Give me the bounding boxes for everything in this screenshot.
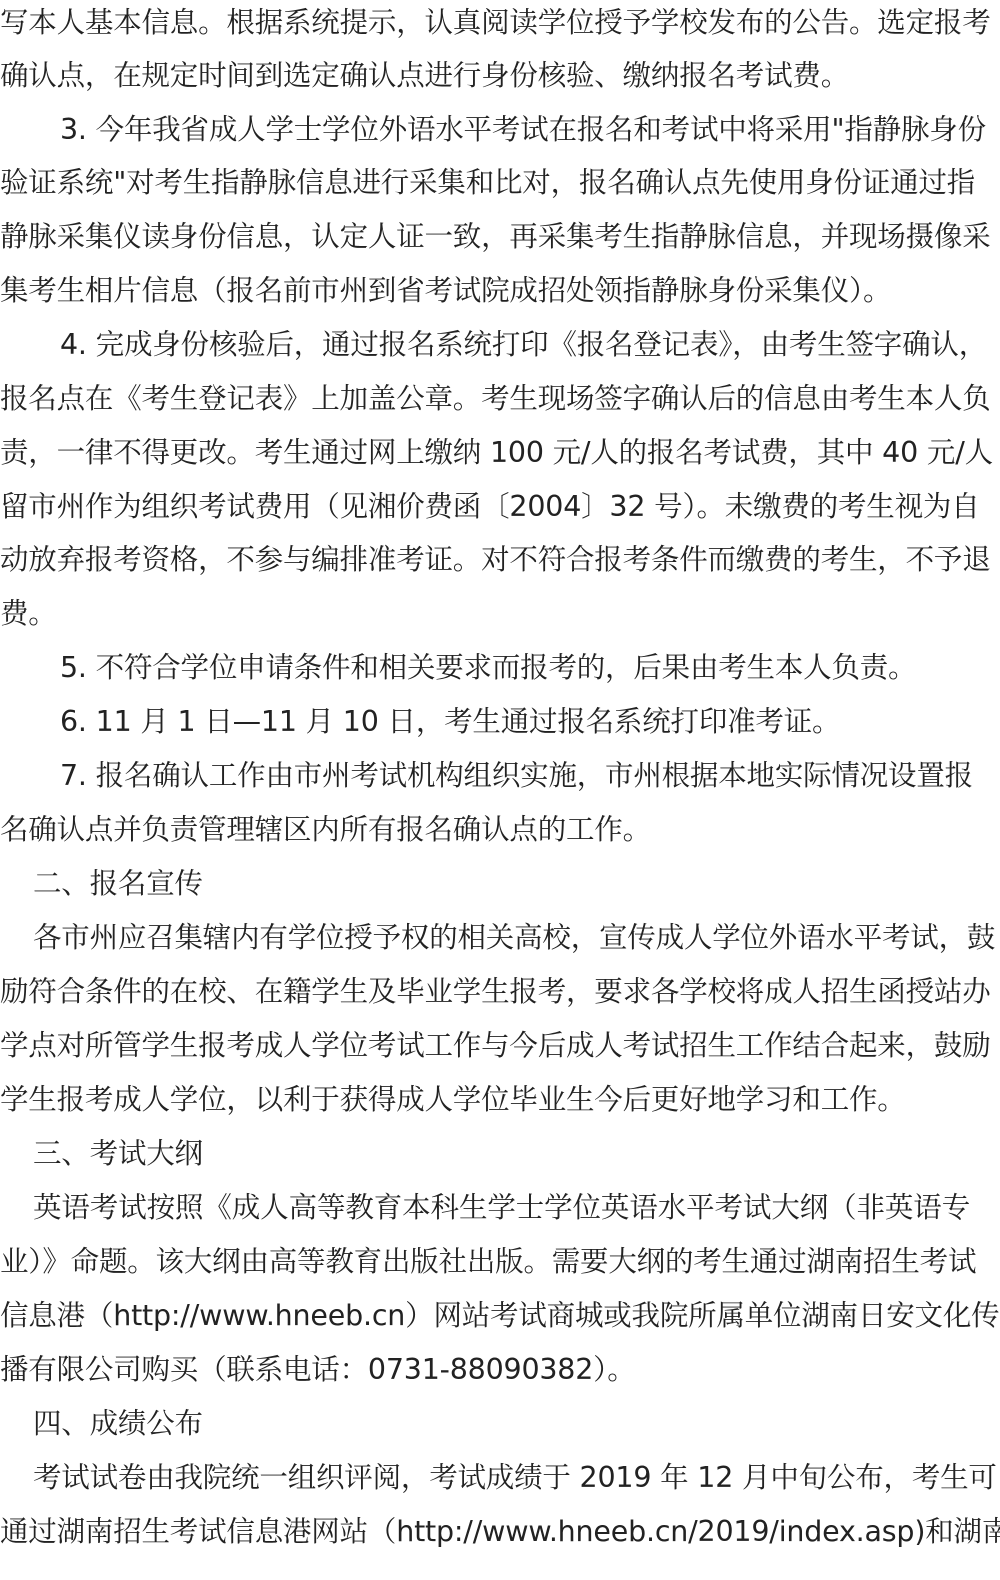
text-line: 静脉采集仪读身份信息，认定人证一致，再采集考生指静脉信息，并现场摄像采	[0, 217, 970, 257]
text-line: 学生报考成人学位，以利于获得成人学位毕业生今后更好地学习和工作。	[0, 1080, 970, 1120]
text-line: 业）》命题。该大纲由高等教育出版社出版。需要大纲的考生通过湖南招生考试	[0, 1242, 970, 1282]
section-heading-syllabus: 三、考试大纲	[33, 1134, 970, 1174]
list-item-6: 6. 11 月 1 日—11 月 10 日，考生通过报名系统打印准考证。	[60, 702, 970, 742]
section-heading-results: 四、成绩公布	[33, 1404, 970, 1444]
list-item-5: 5. 不符合学位申请条件和相关要求而报考的，后果由考生本人负责。	[60, 648, 970, 688]
text-line: 集考生相片信息（报名前市州到省考试院成招处领指静脉身份采集仪）。	[0, 271, 970, 311]
text-line: 播有限公司购买（联系电话：0731-88090382）。	[0, 1350, 970, 1390]
text-line: 考试试卷由我院统一组织评阅，考试成绩于 2019 年 12 月中旬公布，考生可	[33, 1458, 970, 1498]
text-line: 确认点，在规定时间到选定确认点进行身份核验、缴纳报名考试费。	[0, 56, 970, 96]
text-line: 留市州作为组织考试费用（见湘价费函〔2004〕32 号）。未缴费的考生视为自	[0, 487, 970, 527]
text-line: 学点对所管学生报考成人学位考试工作与今后成人考试招生工作结合起来，鼓励	[0, 1026, 970, 1066]
text-line: 验证系统"对考生指静脉信息进行采集和比对，报名确认点先使用身份证通过指	[0, 163, 970, 203]
text-line: 写本人基本信息。根据系统提示，认真阅读学位授予学校发布的公告。选定报考	[0, 3, 970, 43]
list-item-3: 3. 今年我省成人学士学位外语水平考试在报名和考试中将采用"指静脉身份	[60, 110, 970, 150]
section-heading-publicity: 二、报名宣传	[33, 864, 970, 904]
text-line-with-link: 通过湖南招生考试信息港网站（http://www.hneeb.cn/2019/i…	[0, 1512, 970, 1552]
text-line: 责，一律不得更改。考生通过网上缴纳 100 元/人的报名考试费，其中 40 元/…	[0, 433, 970, 473]
text-line: 报名点在《考生登记表》上加盖公章。考生现场签字确认后的信息由考生本人负	[0, 379, 970, 419]
list-item-7: 7. 报名确认工作由市州考试机构组织实施，市州根据本地实际情况设置报	[60, 756, 970, 796]
text-line: 各市州应召集辖内有学位授予权的相关高校，宣传成人学位外语水平考试，鼓	[33, 918, 970, 958]
text-line: 名确认点并负责管理辖区内所有报名确认点的工作。	[0, 810, 970, 850]
text-line: 励符合条件的在校、在籍学生及毕业学生报考，要求各学校将成人招生函授站办	[0, 972, 970, 1012]
text-line-with-link: 信息港（http://www.hneeb.cn）网站考试商城或我院所属单位湖南日…	[0, 1296, 970, 1336]
text-line: 英语考试按照《成人高等教育本科生学士学位英语水平考试大纲（非英语专	[33, 1188, 970, 1228]
text-line: 动放弃报考资格，不参与编排准考证。对不符合报考条件而缴费的考生，不予退	[0, 540, 970, 580]
list-item-4: 4. 完成身份核验后，通过报名系统打印《报名登记表》，由考生签字确认，	[60, 325, 970, 365]
text-line: 费。	[0, 594, 970, 634]
document-page: 写本人基本信息。根据系统提示，认真阅读学位授予学校发布的公告。选定报考 确认点，…	[0, 0, 1000, 1580]
